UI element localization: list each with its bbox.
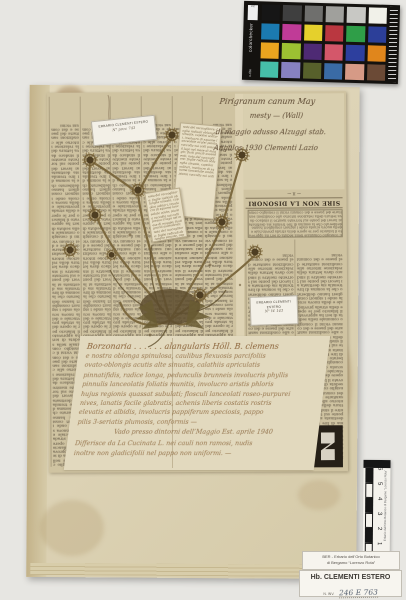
determination-line: e nostra oblonga spinulosa, caulibus fle…	[85, 352, 320, 361]
ruler-side-text: Erbario dell’Orto Botanico di Bergamo “L…	[383, 470, 388, 541]
determination-line: pinnulis lanceolatis foliatis munitis, i…	[82, 380, 317, 389]
color-patch	[261, 23, 280, 40]
ruler-number: 3	[376, 512, 382, 520]
stain	[298, 480, 340, 510]
ruler-number: 2	[376, 527, 382, 535]
color-patch	[368, 7, 387, 24]
collection-title: Hb. CLEMENTI ESTERO	[300, 573, 401, 582]
colorchecker-card: CC colorchecker x-rite	[242, 1, 400, 84]
colorchecker-grid	[259, 3, 388, 82]
ruler-number: 4	[376, 497, 382, 505]
color-patch	[325, 44, 344, 61]
handwritten-annotation-top-right: Pirigranum canum May mesty — (Wall) di m…	[210, 97, 363, 163]
color-patch	[303, 63, 322, 80]
ruler-number: 5	[376, 482, 382, 490]
tag-text: nota del raccoglitore: foglie radicali o…	[145, 189, 187, 243]
color-patch	[367, 64, 386, 81]
color-patch	[346, 26, 365, 43]
annotation-line: mesty — (Wall)	[249, 112, 303, 120]
annotation-line: Pirigranum canum May	[219, 97, 316, 106]
xrite-logo: CC	[248, 5, 258, 20]
annotation-line: di maggio adusso Alzuggi stab.	[215, 128, 326, 136]
color-patch	[262, 4, 281, 21]
ruler-cm-block	[365, 498, 373, 513]
color-patch	[368, 26, 387, 43]
color-patch	[261, 42, 280, 59]
ruler-cm-block	[365, 513, 373, 528]
label-institution: BER - Erbario dell’Orto Botanico di Berg…	[302, 551, 400, 570]
xrite-text: x-rite	[248, 69, 252, 77]
color-patch	[303, 44, 322, 61]
color-patch	[283, 5, 302, 22]
note-line: Differisce da La Cucinata L. nei cauli n…	[74, 439, 309, 448]
annotation-line: Angulos 1930 Clementi Lazio	[213, 144, 318, 152]
label-collection: Hb. CLEMENTI ESTERO N. INV. 246 E 763	[299, 570, 402, 597]
stain	[40, 500, 104, 556]
determination-line: elevatis et albidis, involucris pappifer…	[78, 408, 313, 417]
plant-leaf	[186, 300, 210, 329]
color-patch	[282, 24, 301, 41]
color-patch	[346, 45, 365, 62]
institution-line2: di Bergamo “Lorenzo Rota”	[303, 560, 399, 566]
handwritten-tag-slip-small: nota del raccoglitore: foglie radicali o…	[144, 187, 187, 242]
color-patch	[326, 6, 345, 23]
color-patch	[347, 7, 366, 24]
ruler-number: 1	[376, 542, 382, 550]
note-line: inoltre non gladicifolii nel pappo non u…	[73, 449, 308, 458]
color-patch	[282, 43, 301, 60]
colorchecker-tick-strip	[388, 7, 398, 82]
ruler-cm-block	[365, 468, 373, 483]
advert-numeral	[321, 432, 335, 460]
colorchecker-side-strip: CC colorchecker x-rite	[244, 3, 261, 78]
determination-paper: Borzonaria . . . . . . alangularis Höll.…	[64, 336, 330, 470]
color-patch	[281, 62, 300, 79]
determination-line: nives, lanatis facile glabratis, achenis…	[79, 399, 314, 408]
determination-line: ovato-oblongis acutis alte sinuatis, cal…	[84, 361, 319, 370]
color-patch	[325, 25, 344, 42]
determination-line: hujus regionis quassat subulati; floscul…	[80, 390, 315, 399]
paper-fold-crease	[172, 338, 173, 468]
inventory-number-handwritten: 246 E 763	[339, 588, 378, 599]
color-patch	[367, 45, 386, 62]
color-patch	[304, 25, 323, 42]
ruler-cm-block	[365, 528, 373, 543]
inventory-label: N. INV.	[323, 592, 334, 596]
determination-line: pinnatifidis, radice longa, pedunculis b…	[83, 371, 318, 380]
label-erbario-mid-right: ERBARIO CLEMENTI ESTERO N° W. 143	[250, 295, 299, 326]
color-patch	[304, 6, 323, 23]
color-patch	[345, 64, 364, 81]
locality-line: Vado presso dintorni dell’Maggio Est. ap…	[76, 427, 311, 439]
label-number: N° W. 143	[251, 308, 297, 315]
ruler-cm-block	[365, 483, 373, 498]
ruler-number: 6	[376, 467, 382, 475]
colorchecker-brand-text: colorchecker	[248, 23, 254, 52]
color-patch	[324, 63, 343, 80]
color-patch	[260, 61, 279, 78]
determination-line: pilis 3-seriatis plumosis, conformis —	[77, 418, 312, 427]
